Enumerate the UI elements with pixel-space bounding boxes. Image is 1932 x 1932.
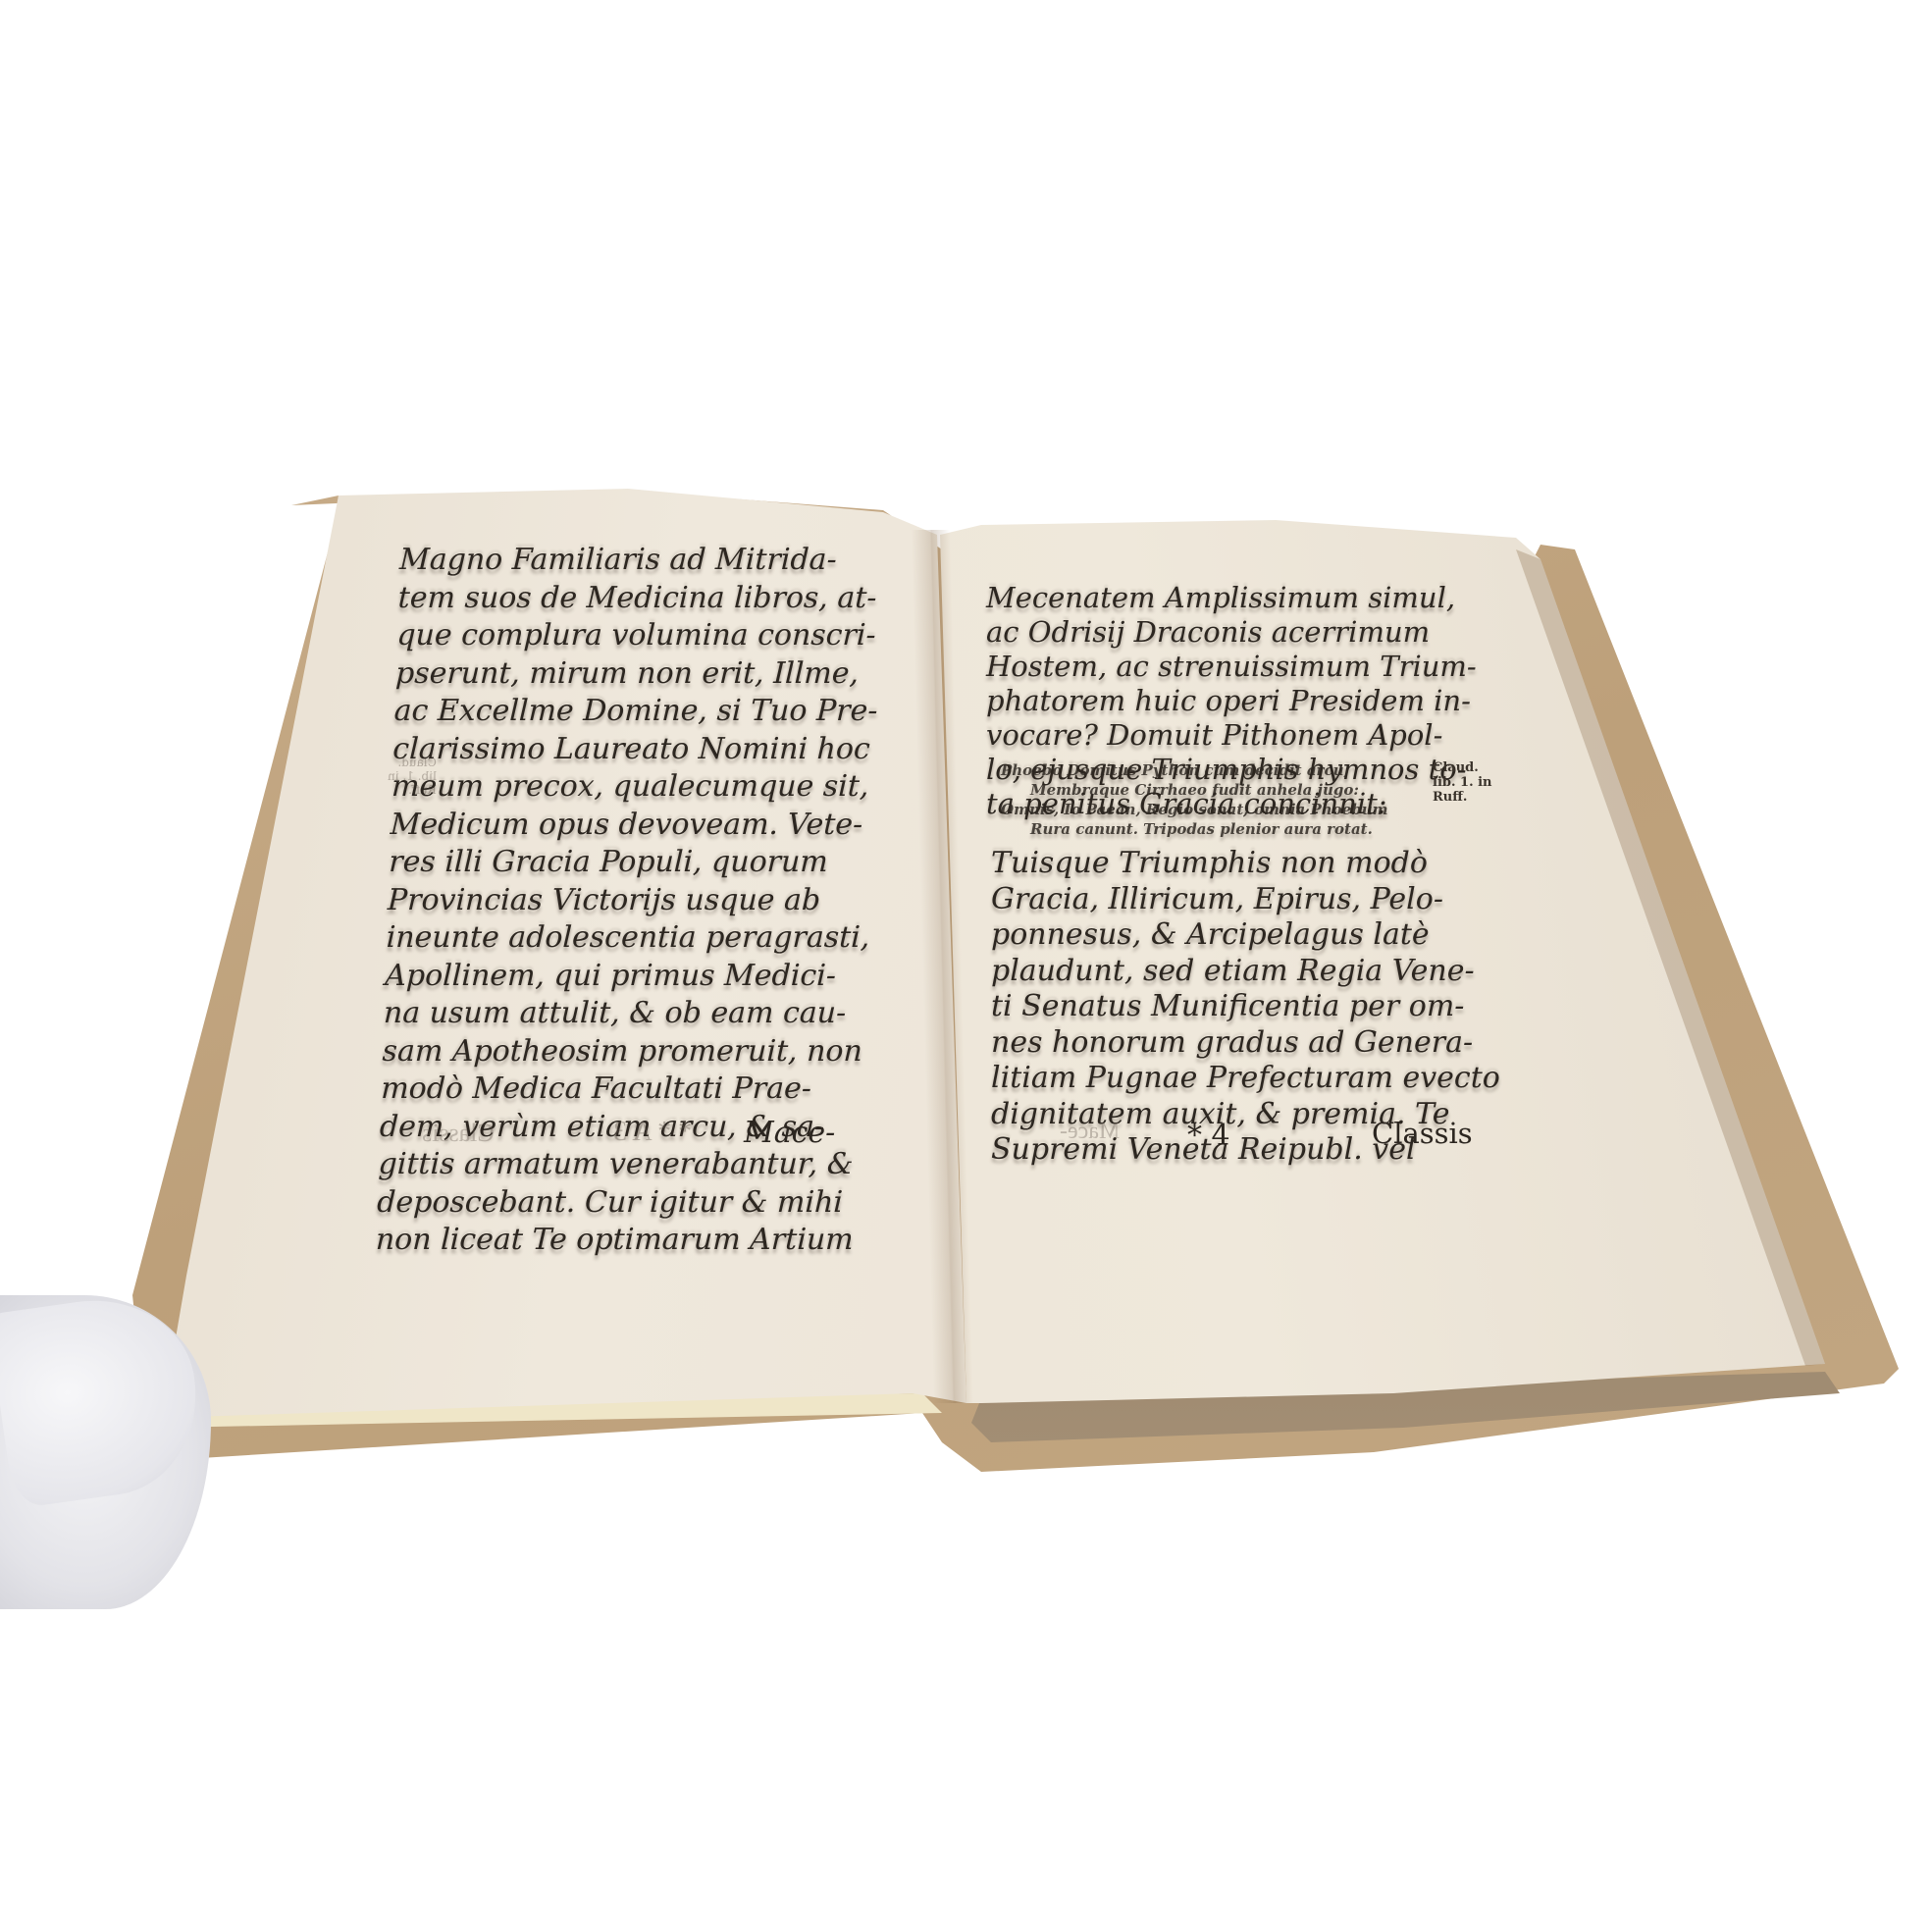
- text-line: ti Senatus Munificentia per om-: [991, 989, 1526, 1025]
- text-line: meum precox, qualecumque sit,: [391, 768, 921, 807]
- text-line: ac Odrisij Draconis acerrimum: [986, 615, 1516, 650]
- text-line: non liceat Te optimarum Artium: [375, 1222, 906, 1260]
- verse-line: Phoebo Domitus Python cum decidit arcu,: [1001, 760, 1413, 780]
- text-line: Provincias Victorijs usque ab: [387, 882, 917, 920]
- left-bleed-catchword: Classis: [422, 1119, 495, 1148]
- text-line: res illi Gracia Populi, quorum: [389, 844, 919, 882]
- text-line: Hostem, ac strenuissimum Trium-: [986, 650, 1516, 684]
- text-line: que complura volumina conscri-: [396, 617, 927, 655]
- text-line: Apollinem, qui primus Medici-: [385, 958, 915, 996]
- verse-line: Rura canunt. Tripodas plenior aura rotat…: [1001, 819, 1413, 839]
- text-line: vocare? Domuit Pithonem Apol-: [986, 718, 1516, 753]
- verse-line: Omnis, Io Paean, Regio sonat; omnia Phoe…: [1001, 800, 1413, 819]
- text-line: modò Medica Facultati Prae-: [381, 1070, 912, 1109]
- text-line: Gracia, Illiricum, Epirus, Pelo-: [991, 882, 1526, 918]
- text-line: ineunte adolescentia peragrasti,: [386, 919, 916, 958]
- text-line: phatorem huic operi Presidem in-: [986, 684, 1516, 718]
- text-line: Medicum opus devoveam. Vete-: [390, 807, 920, 845]
- text-line: gittis armatum venerabantur, &: [378, 1146, 909, 1184]
- text-line: tem suos de Medicina libros, at-: [397, 580, 928, 618]
- text-line: ponnesus, & Arcipelagus latè: [991, 917, 1526, 954]
- text-line: Magno Familiaris ad Mitrida-: [398, 542, 929, 580]
- left-page-text: Magno Familiaris ad Mitrida- tem suos de…: [375, 542, 930, 1260]
- text-line: deposcebant. Cur igitur & mihi: [377, 1184, 908, 1223]
- verse-line: Membraque Cirrhaeo fudit anhela jugo:: [1001, 780, 1413, 800]
- text-line: ac Excellme Domine, si Tuo Pre-: [393, 693, 924, 731]
- book-photo: Claud. lib. 1. in Ruff. Magno Familiaris…: [0, 0, 1932, 1932]
- text-line: litiam Pugnae Prefecturam evecto: [991, 1061, 1526, 1097]
- text-line: sam Apotheosim promeruit, non: [382, 1033, 913, 1071]
- left-catchword: Mace-: [744, 1116, 835, 1150]
- text-line: Tuisque Triumphis non modò: [991, 846, 1526, 882]
- text-line: pserunt, mirum non erit, Illme,: [394, 655, 925, 694]
- text-line: clarissimo Laureato Nomini hoc: [392, 731, 923, 769]
- text-line: plaudunt, sed etiam Regia Vene-: [991, 954, 1526, 990]
- text-line: na usum attulit, & ob eam cau-: [383, 995, 914, 1033]
- left-bleed-signature: * * A 3: [613, 1117, 692, 1148]
- right-signature: * 4: [1187, 1119, 1230, 1153]
- right-catchword: Classis: [1372, 1117, 1473, 1150]
- verse-quotation: Phoebo Domitus Python cum decidit arcu, …: [1001, 760, 1413, 839]
- right-bleed-catchword: Mace-: [1060, 1119, 1120, 1145]
- text-line: nes honorum gradus ad Genera-: [991, 1025, 1526, 1062]
- text-line: Mecenatem Amplissimum simul,: [986, 581, 1516, 615]
- margin-note: Claud. lib. 1. in Ruff.: [1433, 760, 1492, 805]
